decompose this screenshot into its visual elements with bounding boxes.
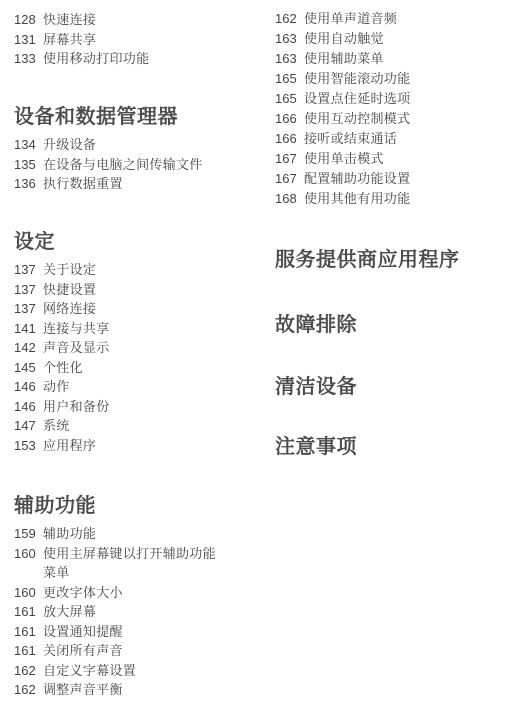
toc-entry-page-number: 142: [14, 338, 38, 358]
toc-entry-page-number: 161: [14, 602, 38, 622]
toc-entry[interactable]: 146 用户和备份: [14, 397, 228, 417]
toc-entry-title: 连接与共享: [43, 319, 228, 339]
toc-entry-page-number: 160: [14, 583, 38, 603]
toc-entry-title: 关于设定: [43, 260, 228, 280]
toc-entry-page-number: 146: [14, 377, 38, 397]
toc-left-column: 128 快速连接 131 屏幕共享 133 使用移动打印功能 设备和数据管理器 …: [14, 0, 228, 717]
toc-entry[interactable]: 162 调整声音平衡: [14, 680, 228, 700]
toc-entry-page-number: 137: [14, 260, 38, 280]
toc-entry-page-number: 159: [14, 524, 38, 544]
toc-entry-page-number: 137: [14, 280, 38, 300]
toc-entry-title: 使用其他有用功能: [304, 189, 501, 209]
toc-entry[interactable]: 141 连接与共享: [14, 319, 228, 339]
toc-entry-title: 调整声音平衡: [43, 680, 228, 700]
toc-entry[interactable]: 135 在设备与电脑之间传输文件: [14, 155, 228, 175]
toc-entry[interactable]: 167 使用单击模式: [275, 149, 501, 169]
toc-section-settings: 设定 137 关于设定 137 快捷设置 137 网络连接 141 连接与共享 …: [14, 230, 228, 455]
toc-entry-page-number: 136: [14, 174, 38, 194]
toc-entry-page-number: 145: [14, 358, 38, 378]
toc-entry-page-number: 167: [275, 169, 299, 189]
toc-entry[interactable]: 131 屏幕共享: [14, 30, 228, 50]
toc-entry-page-number: 161: [14, 622, 38, 642]
toc-entry-title: 使用智能滚动功能: [304, 69, 501, 89]
toc-entry-title: 接听或结束通话: [304, 129, 501, 149]
toc-entry-title: 网络连接: [43, 299, 228, 319]
toc-entry-title: 更改字体大小: [43, 583, 228, 603]
toc-entry[interactable]: 163 使用自动触觉: [275, 29, 501, 49]
toc-entry-title: 升级设备: [43, 135, 228, 155]
toc-entry[interactable]: 161 关闭所有声音: [14, 641, 228, 661]
toc-entry[interactable]: 160 使用主屏幕键以打开辅助功能菜单: [14, 544, 228, 583]
toc-entry-page-number: 165: [275, 89, 299, 109]
toc-section-troubleshooting: 故障排除: [275, 313, 501, 343]
toc-entry-title: 使用主屏幕键以打开辅助功能菜单: [43, 544, 228, 583]
toc-entry-title: 使用自动触觉: [304, 29, 501, 49]
toc-section-device-data-manager: 设备和数据管理器 134 升级设备 135 在设备与电脑之间传输文件 136 执…: [14, 105, 228, 194]
toc-section-heading: 故障排除: [275, 313, 501, 337]
toc-entry-page-number: 141: [14, 319, 38, 339]
toc-section-heading: 设定: [14, 230, 228, 254]
toc-entry-page-number: 163: [275, 29, 299, 49]
toc-entry[interactable]: 167 配置辅助功能设置: [275, 169, 501, 189]
toc-entry-title: 配置辅助功能设置: [304, 169, 501, 189]
toc-entry-page-number: 146: [14, 397, 38, 417]
toc-entry-page-number: 166: [275, 129, 299, 149]
toc-entry-page-number: 163: [275, 49, 299, 69]
toc-entry-title: 应用程序: [43, 436, 228, 456]
toc-entry-page-number: 128: [14, 10, 38, 30]
toc-section-precautions: 注意事项: [275, 435, 501, 465]
toc-entry-title: 快速连接: [43, 10, 228, 30]
toc-entry[interactable]: 137 关于设定: [14, 260, 228, 280]
toc-entry-page-number: 166: [275, 109, 299, 129]
toc-entry-title: 在设备与电脑之间传输文件: [43, 155, 228, 175]
toc-entry-title: 关闭所有声音: [43, 641, 228, 661]
toc-entry[interactable]: 134 升级设备: [14, 135, 228, 155]
toc-section-heading: 注意事项: [275, 435, 501, 459]
toc-entry-page-number: 162: [275, 9, 299, 29]
toc-section-carrier-apps: 服务提供商应用程序: [275, 248, 501, 278]
toc-entry[interactable]: 161 设置通知提醒: [14, 622, 228, 642]
toc-entry-title: 动作: [43, 377, 228, 397]
toc-entry-page-number: 167: [275, 149, 299, 169]
toc-entry-title: 个性化: [43, 358, 228, 378]
toc-entry[interactable]: 160 更改字体大小: [14, 583, 228, 603]
toc-entry[interactable]: 168 使用其他有用功能: [275, 189, 501, 209]
toc-section-heading: 设备和数据管理器: [14, 105, 228, 129]
toc-entry-page-number: 147: [14, 416, 38, 436]
toc-page: 128 快速连接 131 屏幕共享 133 使用移动打印功能 设备和数据管理器 …: [0, 0, 509, 717]
toc-entry-title: 声音及显示: [43, 338, 228, 358]
toc-entry[interactable]: 162 使用单声道音频: [275, 9, 501, 29]
toc-entry-title: 使用单声道音频: [304, 9, 501, 29]
toc-entry[interactable]: 142 声音及显示: [14, 338, 228, 358]
toc-entry-page-number: 162: [14, 661, 38, 681]
toc-entry-title: 快捷设置: [43, 280, 228, 300]
toc-entry-page-number: 162: [14, 680, 38, 700]
toc-entry[interactable]: 163 使用辅助菜单: [275, 49, 501, 69]
toc-entry-page-number: 168: [275, 189, 299, 209]
toc-entry[interactable]: 137 网络连接: [14, 299, 228, 319]
toc-entry-page-number: 135: [14, 155, 38, 175]
toc-entry[interactable]: 161 放大屏幕: [14, 602, 228, 622]
toc-entry[interactable]: 159 辅助功能: [14, 524, 228, 544]
toc-entry-page-number: 137: [14, 299, 38, 319]
toc-entry[interactable]: 153 应用程序: [14, 436, 228, 456]
toc-entry-title: 系统: [43, 416, 228, 436]
toc-entry-page-number: 165: [275, 69, 299, 89]
toc-entry[interactable]: 133 使用移动打印功能: [14, 49, 228, 69]
toc-entry-title: 使用单击模式: [304, 149, 501, 169]
toc-section-cleaning-device: 清洁设备: [275, 375, 501, 405]
toc-entry[interactable]: 146 动作: [14, 377, 228, 397]
toc-entry-page-number: 133: [14, 49, 38, 69]
toc-section-heading: 辅助功能: [14, 494, 228, 518]
toc-entry-page-number: 153: [14, 436, 38, 456]
toc-section-accessibility: 辅助功能 159 辅助功能 160 使用主屏幕键以打开辅助功能菜单 160 更改…: [14, 494, 228, 700]
toc-entry[interactable]: 128 快速连接: [14, 10, 228, 30]
toc-section-heading: 服务提供商应用程序: [275, 248, 501, 272]
toc-entry-page-number: 134: [14, 135, 38, 155]
toc-entry[interactable]: 166 接听或结束通话: [275, 129, 501, 149]
toc-entry-page-number: 131: [14, 30, 38, 50]
toc-entry[interactable]: 162 自定义字幕设置: [14, 661, 228, 681]
toc-entry-page-number: 160: [14, 544, 38, 564]
toc-entry-title: 使用互动控制模式: [304, 109, 501, 129]
toc-entry[interactable]: 145 个性化: [14, 358, 228, 378]
toc-entry-title: 执行数据重置: [43, 174, 228, 194]
toc-entry-title: 设置通知提醒: [43, 622, 228, 642]
toc-entry-title: 使用辅助菜单: [304, 49, 501, 69]
toc-entry-title: 辅助功能: [43, 524, 228, 544]
toc-entry-title: 使用移动打印功能: [43, 49, 228, 69]
toc-entry-title: 用户和备份: [43, 397, 228, 417]
toc-entry[interactable]: 166 使用互动控制模式: [275, 109, 501, 129]
toc-entry[interactable]: 136 执行数据重置: [14, 174, 228, 194]
toc-section-connectivity-cont: 128 快速连接 131 屏幕共享 133 使用移动打印功能: [14, 10, 228, 69]
toc-entry-page-number: 161: [14, 641, 38, 661]
toc-entry[interactable]: 147 系统: [14, 416, 228, 436]
toc-section-heading: 清洁设备: [275, 375, 501, 399]
toc-entry-title: 自定义字幕设置: [43, 661, 228, 681]
toc-entry-title: 放大屏幕: [43, 602, 228, 622]
toc-entry-title: 屏幕共享: [43, 30, 228, 50]
toc-entry[interactable]: 165 设置点住延时选项: [275, 89, 501, 109]
toc-entry[interactable]: 137 快捷设置: [14, 280, 228, 300]
toc-right-column: 162 使用单声道音频 163 使用自动触觉 163 使用辅助菜单 165 使用…: [275, 0, 501, 717]
toc-section-accessibility-cont: 162 使用单声道音频 163 使用自动触觉 163 使用辅助菜单 165 使用…: [275, 9, 501, 209]
toc-entry[interactable]: 165 使用智能滚动功能: [275, 69, 501, 89]
toc-entry-title: 设置点住延时选项: [304, 89, 501, 109]
